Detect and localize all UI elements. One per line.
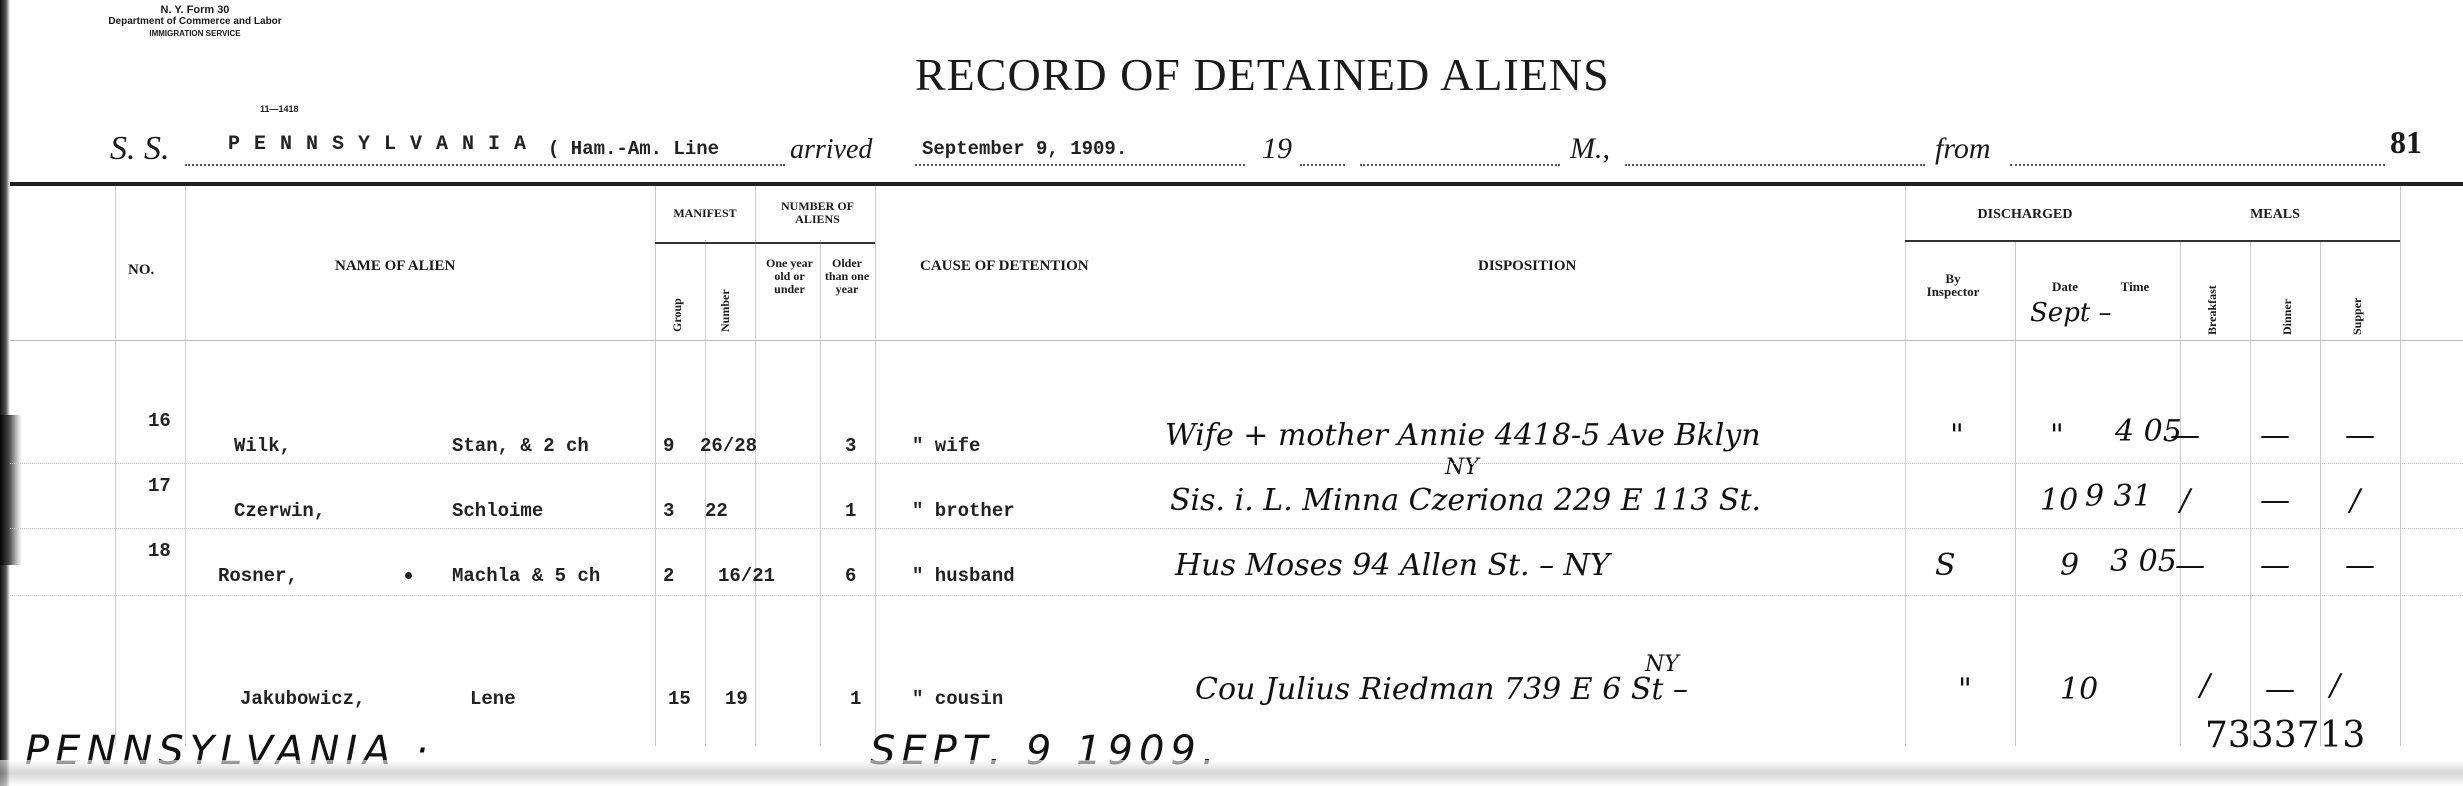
row-disposition: Sis. i. L. Minna Czeriona 229 E 113 St. — [1170, 483, 1761, 518]
header-disposition: DISPOSITION — [1478, 258, 1576, 275]
scan-bottom-edge — [0, 760, 2463, 786]
row-time: 3 05 — [2110, 544, 2177, 579]
row-breakfast: — — [2170, 418, 2200, 453]
header-by-inspector: By Inspector — [1918, 272, 1988, 298]
row-no: 17 — [148, 475, 171, 497]
row-older: 1 — [845, 500, 856, 522]
department: Department of Commerce and Labor — [100, 16, 290, 28]
header-number-of-aliens: NUMBER OF ALIENS — [760, 200, 875, 226]
header-time: Time — [2115, 280, 2155, 293]
header-no: NO. — [128, 262, 154, 279]
row-manifest-number: 26/28 — [700, 435, 757, 457]
header-dinner: Dinner — [2280, 280, 2295, 335]
row-older: 1 — [850, 688, 861, 710]
row-breakfast: / — [2200, 668, 2210, 703]
header-supper: Supper — [2350, 280, 2365, 335]
row-surname: Wilk, — [234, 435, 291, 457]
row-rule — [10, 595, 2463, 596]
row-rule — [10, 463, 2463, 464]
ship-name: PENNSYLVANIA — [228, 133, 540, 156]
col-divider — [655, 186, 656, 746]
col-divider — [115, 186, 116, 746]
header-date: Date — [2045, 280, 2085, 293]
col-divider — [705, 240, 706, 746]
scan-edge-shadow — [0, 415, 22, 565]
form-number: N. Y. Form 30 — [100, 4, 290, 16]
row-disposition: Wife + mother Annie 4418-5 Ave Bklyn — [1165, 418, 1761, 453]
row-given-name: Machla & 5 ch — [452, 565, 600, 587]
row-breakfast: / — [2180, 483, 2190, 518]
row-group: 2 — [663, 565, 674, 587]
row-given-name: Lene — [470, 688, 516, 710]
page-title: RECORD OF DETAINED ALIENS — [915, 48, 1610, 101]
row-supper: — — [2345, 548, 2375, 583]
row-group: 15 — [668, 688, 691, 710]
row-date: 9 — [2060, 548, 2079, 583]
col-divider — [875, 186, 876, 746]
shipping-line: ( Ham.-Am. Line — [548, 138, 719, 160]
row-surname: Rosner, — [218, 565, 298, 587]
time-dotline — [1360, 164, 1560, 166]
header-meals: MEALS — [2200, 208, 2350, 221]
row-manifest-number: 19 — [725, 688, 748, 710]
arrived-label: arrived — [790, 134, 872, 166]
header-breakfast: Breakfast — [2205, 255, 2220, 335]
meridiem-label: M., — [1570, 132, 1610, 166]
header-older-than-one: Older than one year — [822, 257, 872, 296]
row-dinner: — — [2265, 672, 2295, 707]
row-dinner: — — [2260, 418, 2290, 453]
header-rule — [10, 182, 2463, 186]
page-number: 81 — [2390, 124, 2422, 161]
m-dotline — [1625, 164, 1925, 166]
ship-dotline — [185, 164, 785, 166]
service: IMMIGRATION SERVICE — [100, 28, 290, 40]
row-inspector: " — [1950, 418, 1964, 453]
row-date: 10 — [2060, 672, 2098, 707]
header-one-year-or-under: One year old or under — [762, 257, 817, 296]
row-disposition-note: NY — [1645, 652, 1679, 677]
row-supper: / — [2330, 668, 2340, 703]
row-surname: Jakubowicz, — [240, 688, 365, 710]
header-cause: CAUSE OF DETENTION — [920, 258, 1089, 275]
row-no: 18 — [148, 540, 171, 562]
col-divider — [1905, 186, 1906, 746]
row-time: 9 31 — [2085, 479, 2152, 514]
row-disposition: Hus Moses 94 Allen St. – NY — [1175, 548, 1610, 583]
row-dinner: — — [2260, 548, 2290, 583]
row-surname: Czerwin, — [234, 500, 325, 522]
col-divider — [2250, 240, 2251, 746]
scan-edge — [0, 0, 10, 786]
header-name: NAME OF ALIEN — [335, 258, 455, 275]
row-supper: — — [2345, 418, 2375, 453]
row-cause: " wife — [912, 435, 980, 457]
row-supper: / — [2350, 483, 2360, 518]
col-divider — [185, 186, 186, 746]
year-prefix: 19 — [1262, 132, 1292, 166]
reference-number: 7333713 — [2205, 715, 2365, 756]
form-code: 11—1418 — [260, 104, 299, 114]
discharged-rule — [1905, 240, 2400, 242]
row-inspector: S — [1935, 548, 1956, 583]
row-disposition: Cou Julius Riedman 739 E 6 St – — [1195, 672, 1688, 707]
row-group: 9 — [663, 435, 674, 457]
bullet-mark — [405, 572, 412, 579]
col-divider — [2015, 240, 2016, 746]
row-given-name: Stan, & 2 ch — [452, 435, 589, 457]
year-dotline — [1300, 164, 1345, 166]
form-header: N. Y. Form 30 Department of Commerce and… — [100, 4, 290, 40]
from-label: from — [1935, 132, 1991, 166]
header-group: Group — [670, 272, 685, 332]
row-manifest-number: 16/21 — [718, 565, 775, 587]
row-inspector: " — [1958, 672, 1972, 707]
row-no: 16 — [148, 410, 171, 432]
row-manifest-number: 22 — [705, 500, 728, 522]
header-bottom-rule — [10, 340, 2463, 341]
row-date: " — [2050, 418, 2064, 453]
date-dotline — [915, 164, 1245, 166]
row-cause: " brother — [912, 500, 1015, 522]
col-divider — [755, 186, 756, 746]
ss-label: S. S. — [110, 130, 170, 168]
row-older: 3 — [845, 435, 856, 457]
row-dinner: — — [2260, 483, 2290, 518]
arrived-date: September 9, 1909. — [922, 138, 1127, 160]
row-date: 10 — [2040, 483, 2078, 518]
row-group: 3 — [663, 500, 674, 522]
date-month-note: Sept – — [2030, 298, 2112, 328]
row-breakfast: — — [2175, 548, 2205, 583]
row-cause: " husband — [912, 565, 1015, 587]
col-divider — [820, 240, 821, 746]
col-divider — [2320, 240, 2321, 746]
row-given-name: Schloime — [452, 500, 543, 522]
col-divider — [2400, 186, 2401, 746]
header-discharged: DISCHARGED — [1910, 208, 2140, 221]
row-rule — [10, 528, 2463, 529]
manifest-rule — [655, 242, 875, 244]
header-manifest-number: Number — [718, 262, 733, 332]
row-disposition-note: NY — [1445, 455, 1479, 480]
row-cause: " cousin — [912, 688, 1003, 710]
from-dotline — [2010, 164, 2385, 166]
row-older: 6 — [845, 565, 856, 587]
header-manifest: MANIFEST — [655, 207, 755, 220]
